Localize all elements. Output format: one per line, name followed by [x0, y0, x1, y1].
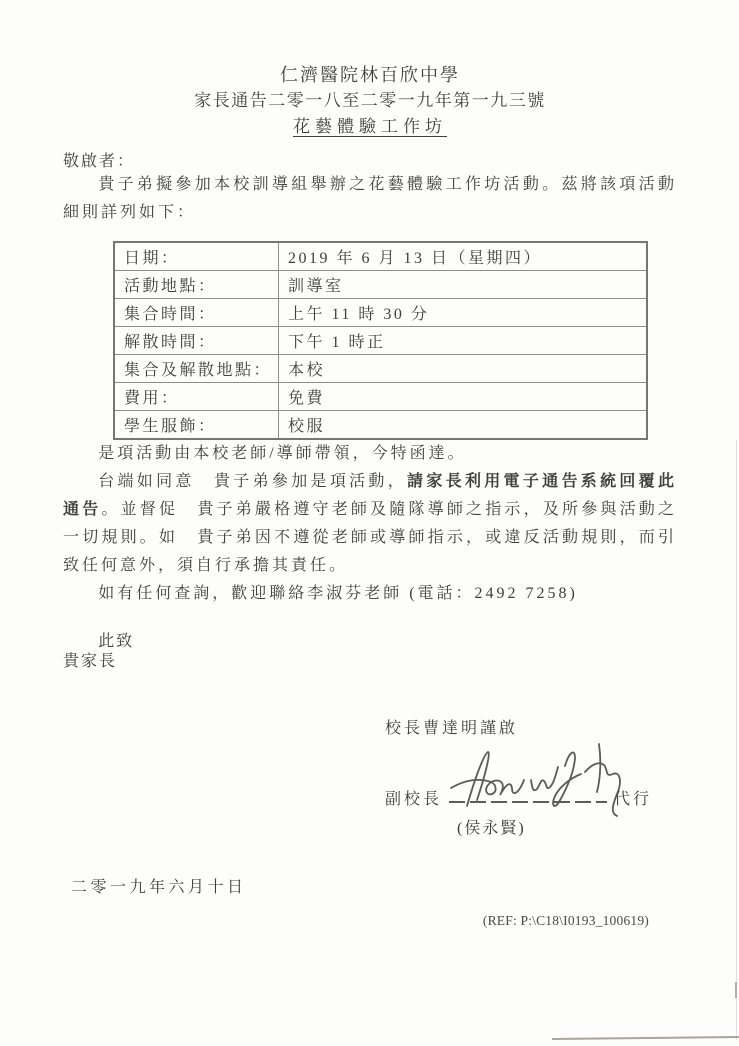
- vice-principal-label: 副校長: [385, 791, 442, 808]
- row-value: 上午 11 時 30 分: [279, 299, 648, 327]
- row-label: 日期：: [114, 242, 279, 271]
- row-value: 2019 年 6 月 13 日（星期四）: [279, 242, 648, 271]
- row-label: 活動地點：: [114, 271, 279, 299]
- row-value: 下午 1 時正: [279, 327, 648, 355]
- signature-block: 校長曹達明謹啟 副校長 代行: [385, 715, 677, 838]
- row-label: 集合及解散地點：: [114, 355, 279, 383]
- scan-artifact-right-tick: [735, 982, 737, 998]
- salutation: 敬啟者：: [63, 148, 677, 171]
- row-value: 本校: [279, 355, 648, 383]
- issue-date: 二零一九年六月十日: [71, 874, 677, 897]
- row-label: 學生服飾：: [114, 411, 279, 440]
- row-value: 校服: [279, 411, 648, 440]
- principal-signoff: 校長曹達明謹啟: [385, 715, 677, 738]
- closing-regards: 此致: [63, 628, 677, 651]
- row-label: 費用：: [114, 383, 279, 411]
- inquiry-paragraph: 如有任何查詢，歡迎聯絡李淑芬老師 (電話：2492 7258): [63, 580, 677, 608]
- reference-number: (REF: P:\C18\I0193_100619): [63, 913, 677, 929]
- vice-principal-row: 副校長 代行: [385, 786, 677, 809]
- leader-paragraph: 是項活動由本校老師/導師帶領，今特函達。: [63, 440, 677, 468]
- consent-paragraph: 台端如同意 貴子弟參加是項活動，請家長利用電子通告系統回覆此通告。並督促 貴子弟…: [63, 468, 677, 580]
- vice-principal-signature: [439, 736, 639, 826]
- table-row: 活動地點： 訓導室: [114, 271, 647, 299]
- table-row: 集合時間： 上午 11 時 30 分: [114, 299, 647, 327]
- row-value: 免費: [279, 383, 648, 411]
- intro-paragraph: 貴子弟擬參加本校訓導組舉辦之花藝體驗工作坊活動。茲將該項活動細則詳列如下：: [63, 171, 677, 227]
- scanned-notice-page: 仁濟醫院林百欣中學 家長通告二零一八至二零一九年第一九三號 花藝體驗工作坊 敬啟…: [0, 0, 739, 1046]
- row-label: 集合時間：: [114, 299, 279, 327]
- signature-line: [449, 788, 607, 804]
- scan-artifact-right-edge: [736, 440, 737, 1040]
- consent-text-pre: 台端如同意 貴子弟參加是項活動，: [98, 473, 407, 490]
- table-row: 集合及解散地點： 本校: [114, 355, 647, 383]
- table-row: 學生服飾： 校服: [114, 411, 647, 440]
- table-row: 解散時間： 下午 1 時正: [114, 327, 647, 355]
- row-label: 解散時間：: [114, 327, 279, 355]
- document-content: 仁濟醫院林百欣中學 家長通告二零一八至二零一九年第一九三號 花藝體驗工作坊 敬啟…: [63, 62, 677, 929]
- activity-details-table: 日期： 2019 年 6 月 13 日（星期四） 活動地點： 訓導室 集合時間：…: [113, 241, 648, 440]
- scan-artifact-bottom-line: [552, 1036, 739, 1040]
- table-row: 日期： 2019 年 6 月 13 日（星期四）: [114, 242, 647, 271]
- school-name: 仁濟醫院林百欣中學: [63, 62, 677, 88]
- document-title: 花藝體驗工作坊: [63, 114, 677, 140]
- notice-number: 家長通告二零一八至二零一九年第一九三號: [63, 88, 677, 114]
- consent-text-post: 。並督促 貴子弟嚴格遵守老師及隨隊導師之指示，及所參與活動之一切規則。如 貴子弟…: [63, 501, 677, 574]
- closing-recipient: 貴家長: [63, 651, 677, 673]
- table-row: 費用： 免費: [114, 383, 647, 411]
- row-value: 訓導室: [279, 271, 648, 299]
